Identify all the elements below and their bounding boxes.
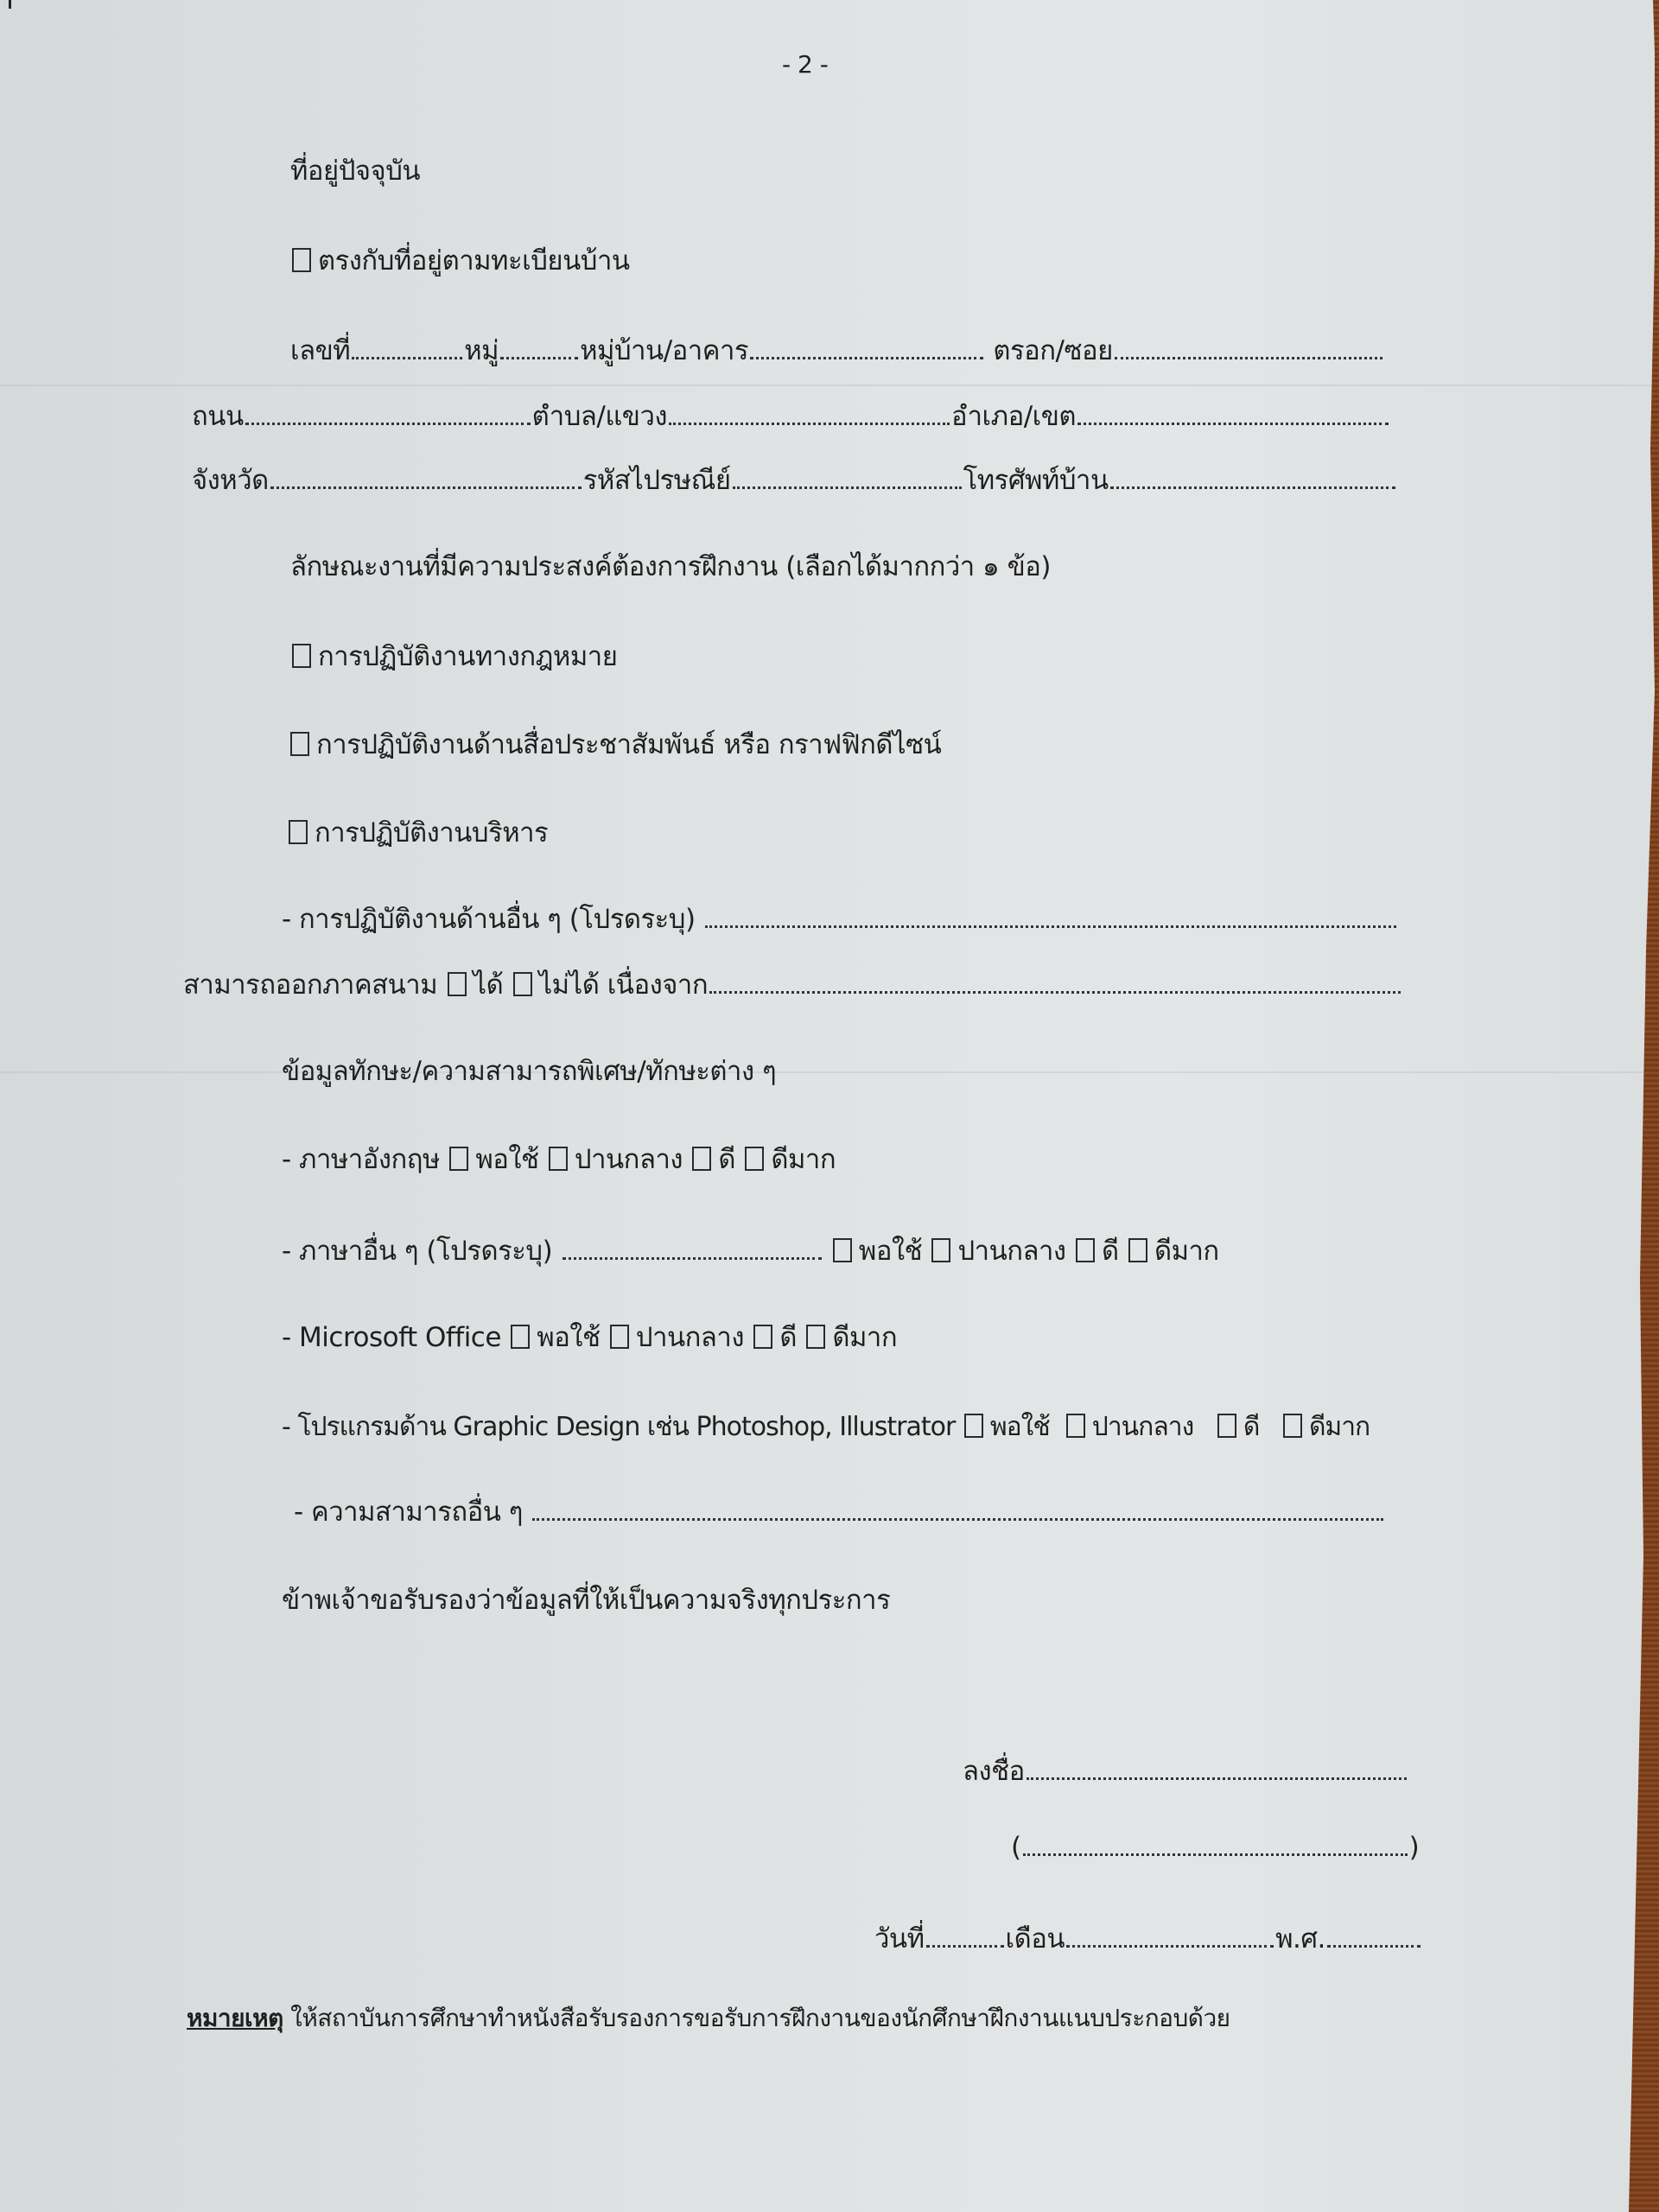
level-excellent-label: ดีมาก	[1154, 1236, 1219, 1267]
other-language-fair-checkbox[interactable]	[833, 1238, 852, 1262]
subdistrict-label: ตำบล/แขวง	[532, 401, 667, 432]
training-option-legal-checkbox[interactable]	[292, 644, 311, 668]
date-day-field[interactable]	[926, 1944, 1004, 1948]
fieldwork-yes-checkbox[interactable]	[448, 972, 467, 996]
level-excellent-label: ดีมาก	[832, 1322, 897, 1353]
address-row-1: เลขที่หมู่หมู่บ้าน/อาคาร ตรอก/ซอย	[290, 328, 1384, 372]
level-excellent-label: ดีมาก	[771, 1144, 836, 1175]
level-moderate-label: ปานกลาง	[1092, 1412, 1193, 1442]
skill-other-language-label: - ภาษาอื่น ๆ (โปรดระบุ)	[282, 1236, 552, 1267]
document-page: - 2 - ที่อยู่ปัจจุบัน ตรงกับที่อยู่ตามทะ…	[0, 0, 1655, 2212]
printed-name-field[interactable]	[1023, 1853, 1408, 1856]
training-option-admin-label: การปฏิบัติงานบริหาร	[315, 817, 548, 849]
other-ability-field[interactable]	[532, 1517, 1383, 1521]
road-label: ถนน	[192, 401, 244, 432]
village-building-label: หมู่บ้าน/อาคาร	[580, 335, 748, 366]
district-field[interactable]	[1077, 422, 1389, 425]
page-number: - 2 -	[782, 50, 828, 79]
english-moderate-checkbox[interactable]	[549, 1147, 568, 1171]
address-row-2: ถนนตำบล/แขวงอำเภอ/เขต	[192, 394, 1390, 437]
section-heading-current-address: ที่อยู่ปัจจุบัน	[290, 149, 420, 192]
district-label: อำเภอ/เขต	[951, 401, 1076, 432]
home-phone-label: โทรศัพท์บ้าน	[963, 465, 1109, 496]
level-fair-label: พอใช้	[859, 1236, 922, 1267]
office-excellent-checkbox[interactable]	[806, 1325, 825, 1349]
signature-label: ลงชื่อ	[963, 1756, 1025, 1787]
skills-heading: ข้อมูลทักษะ/ความสามารถพิเศษ/ทักษะต่าง ๆ	[282, 1049, 776, 1092]
certification-statement: ข้าพเจ้าขอรับรองว่าข้อมูลที่ให้เป็นความจ…	[282, 1578, 890, 1621]
other-language-excellent-checkbox[interactable]	[1128, 1238, 1147, 1262]
fieldwork-no-label: ไม่ได้	[539, 969, 600, 1001]
other-language-good-checkbox[interactable]	[1076, 1238, 1095, 1262]
date-month-label: เดือน	[1006, 1923, 1065, 1955]
training-option-admin: การปฏิบัติงานบริหาร	[287, 810, 548, 854]
footnote-text: ให้สถาบันการศึกษาทำหนังสือรับรองการขอรับ…	[290, 2004, 1230, 2032]
date-year-field[interactable]	[1327, 1944, 1421, 1948]
village-building-field[interactable]	[750, 356, 983, 359]
alley-field[interactable]	[1115, 356, 1382, 359]
graphic-fair-checkbox[interactable]	[964, 1414, 983, 1438]
date-year-label: พ.ศ.	[1275, 1923, 1325, 1955]
same-as-registered-option: ตรงกับที่อยู่ตามทะเบียนบ้าน	[290, 238, 630, 282]
fieldwork-no-checkbox[interactable]	[513, 972, 532, 996]
english-good-checkbox[interactable]	[692, 1147, 711, 1171]
skill-graphic-label: - โปรแกรมด้าน Graphic Design เช่น Photos…	[282, 1412, 955, 1442]
level-excellent-label: ดีมาก	[1309, 1412, 1370, 1442]
level-fair-label: พอใช้	[990, 1412, 1050, 1442]
fieldwork-reason-label: เนื่องจาก	[607, 969, 708, 1001]
signature-field[interactable]	[1027, 1777, 1407, 1780]
skill-english-row: - ภาษาอังกฤษ พอใช้ ปานกลาง ดี ดีมาก	[282, 1137, 836, 1180]
home-phone-field[interactable]	[1110, 486, 1395, 489]
training-option-legal-label: การปฏิบัติงานทางกฎหมาย	[318, 641, 617, 672]
fieldwork-reason-field[interactable]	[709, 990, 1401, 994]
moo-label: หมู่	[464, 335, 499, 366]
date-month-field[interactable]	[1066, 1944, 1274, 1948]
level-good-label: ดี	[779, 1322, 797, 1353]
level-fair-label: พอใช้	[475, 1144, 538, 1175]
english-fair-checkbox[interactable]	[449, 1147, 468, 1171]
graphic-excellent-checkbox[interactable]	[1283, 1414, 1302, 1438]
postal-code-field[interactable]	[733, 486, 962, 489]
training-option-pr-graphic-label: การปฏิบัติงานด้านสื่อประชาสัมพันธ์ หรือ …	[316, 729, 941, 760]
training-other-field[interactable]	[705, 925, 1396, 928]
level-good-label: ดี	[718, 1144, 735, 1175]
training-other-row: - การปฏิบัติงานด้านอื่น ๆ (โปรดระบุ)	[282, 897, 1398, 940]
level-moderate-label: ปานกลาง	[575, 1144, 683, 1175]
level-good-label: ดี	[1102, 1236, 1119, 1267]
training-option-admin-checkbox[interactable]	[289, 820, 308, 844]
same-as-registered-label: ตรงกับที่อยู่ตามทะเบียนบ้าน	[318, 245, 630, 276]
edge-mark	[9, 0, 11, 9]
english-excellent-checkbox[interactable]	[745, 1147, 764, 1171]
printed-name-row: ()	[1011, 1832, 1419, 1863]
province-field[interactable]	[270, 486, 582, 489]
fieldwork-row: สามารถออกภาคสนาม ได้ ไม่ได้ เนื่องจาก	[183, 963, 1402, 1006]
level-fair-label: พอใช้	[537, 1322, 600, 1353]
province-label: จังหวัด	[192, 465, 269, 496]
skill-other-ability-row: - ความสามารถอื่น ๆ	[294, 1490, 1385, 1533]
other-language-field[interactable]	[563, 1256, 822, 1260]
footnote-label: หมายเหตุ	[187, 2004, 283, 2032]
skill-other-ability-label: - ความสามารถอื่น ๆ	[294, 1497, 523, 1528]
name-open-paren: (	[1011, 1832, 1021, 1863]
office-moderate-checkbox[interactable]	[610, 1325, 629, 1349]
skill-other-language-row: - ภาษาอื่น ๆ (โปรดระบุ) พอใช้ ปานกลาง ดี…	[282, 1229, 1219, 1272]
training-type-heading: ลักษณะงานที่มีความประสงค์ต้องการฝึกงาน (…	[290, 544, 1051, 588]
skill-office-row: - Microsoft Office พอใช้ ปานกลาง ดี ดีมา…	[282, 1315, 897, 1358]
training-option-legal: การปฏิบัติงานทางกฎหมาย	[290, 634, 617, 677]
road-field[interactable]	[245, 422, 531, 425]
skill-english-label: - ภาษาอังกฤษ	[282, 1144, 440, 1175]
paper-fold	[0, 1071, 1655, 1073]
graphic-moderate-checkbox[interactable]	[1066, 1414, 1085, 1438]
date-row: วันที่เดือนพ.ศ.	[874, 1916, 1422, 1960]
subdistrict-field[interactable]	[669, 422, 950, 425]
date-day-label: วันที่	[874, 1923, 925, 1955]
footnote: หมายเหตุ ให้สถาบันการศึกษาทำหนังสือรับรอ…	[187, 1999, 1230, 2037]
name-close-paren: )	[1409, 1832, 1420, 1863]
signature-row: ลงชื่อ	[963, 1749, 1408, 1792]
other-language-moderate-checkbox[interactable]	[931, 1238, 950, 1262]
office-good-checkbox[interactable]	[753, 1325, 772, 1349]
fieldwork-label: สามารถออกภาคสนาม	[183, 969, 437, 1001]
training-option-pr-graphic: การปฏิบัติงานด้านสื่อประชาสัมพันธ์ หรือ …	[289, 722, 941, 766]
fieldwork-yes-label: ได้	[474, 969, 504, 1001]
moo-field[interactable]	[500, 356, 578, 359]
same-as-registered-checkbox[interactable]	[292, 248, 311, 272]
alley-label: ตรอก/ซอย	[993, 335, 1112, 366]
postal-code-label: รหัสไปรษณีย์	[583, 465, 731, 496]
training-other-label: - การปฏิบัติงานด้านอื่น ๆ (โปรดระบุ)	[282, 904, 696, 935]
address-row-3: จังหวัดรหัสไปรษณีย์โทรศัพท์บ้าน	[192, 458, 1397, 501]
skill-office-label: - Microsoft Office	[282, 1322, 501, 1353]
house-number-label: เลขที่	[290, 335, 350, 366]
house-number-field[interactable]	[352, 356, 462, 359]
level-moderate-label: ปานกลาง	[636, 1322, 744, 1353]
graphic-good-checkbox[interactable]	[1217, 1414, 1236, 1438]
training-option-pr-graphic-checkbox[interactable]	[290, 732, 309, 756]
level-good-label: ดี	[1243, 1412, 1259, 1442]
skill-graphic-row: - โปรแกรมด้าน Graphic Design เช่น Photos…	[282, 1407, 1370, 1447]
level-moderate-label: ปานกลาง	[957, 1236, 1065, 1267]
paper-fold	[0, 385, 1655, 386]
office-fair-checkbox[interactable]	[511, 1325, 530, 1349]
